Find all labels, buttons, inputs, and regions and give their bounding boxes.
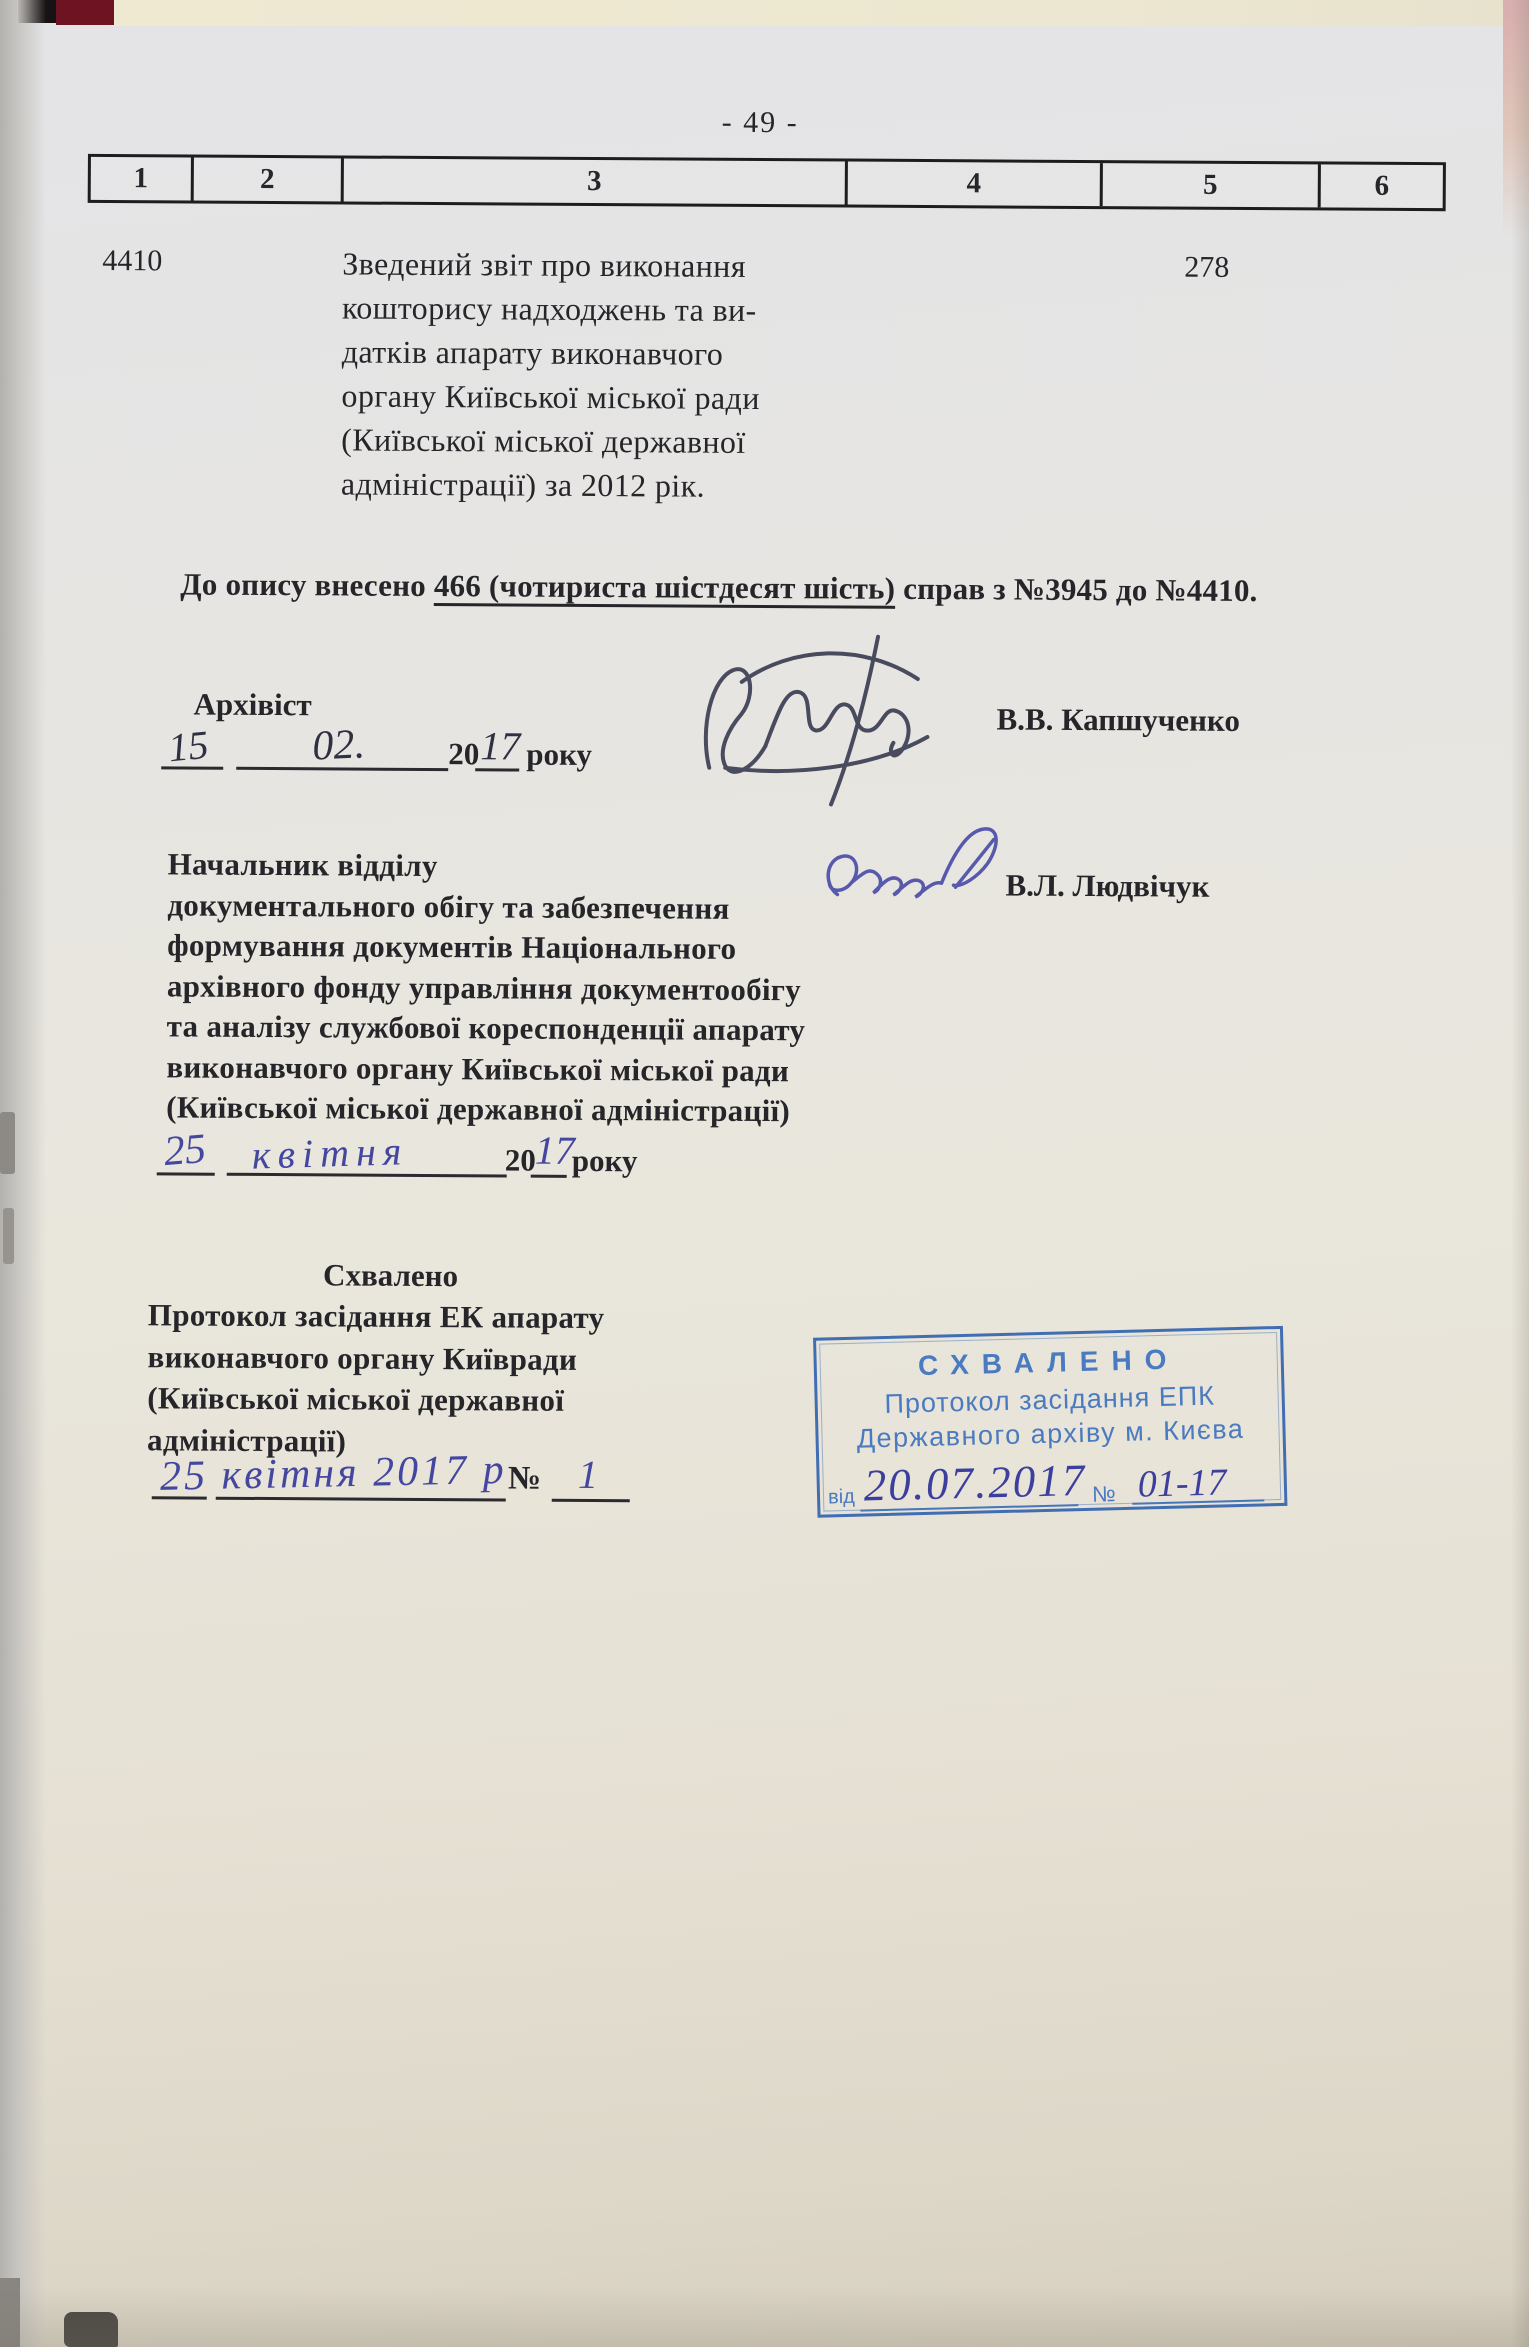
head-day-handwritten: 25 — [162, 1125, 208, 1176]
entry-description: Зведений звіт про виконання кошторису на… — [341, 241, 843, 508]
entry-id: 4410 — [102, 244, 162, 278]
archivist-day-handwritten: 15 — [166, 721, 210, 772]
approval-text: Протокол засідання ЕК апарату виконавчог… — [147, 1294, 708, 1463]
head-year-handwritten: 17 — [535, 1127, 575, 1174]
header-cell-2: 2 — [191, 158, 341, 202]
department-head-name: В.Л. Людвічук — [1005, 868, 1209, 905]
archivist-name: В.В. Капшученко — [996, 701, 1240, 738]
approval-number-sign: № — [508, 1460, 541, 1497]
fill-line — [552, 1499, 630, 1502]
scanned-archive-page: - 49 - 1 2 3 4 5 6 4410 Зведений звіт пр… — [0, 0, 1529, 2347]
header-cell-5: 5 — [1100, 163, 1318, 207]
approval-heading: Схвалено — [323, 1257, 458, 1294]
head-year-word: року — [572, 1143, 638, 1179]
approval-date-handwritten: 25 квітня 2017 р — [159, 1446, 507, 1501]
summary-suffix: справ з №3945 до №4410. — [895, 571, 1258, 608]
summary-count-underlined: 466 (чотириста шістдесят шість) — [434, 568, 896, 606]
stamp-number-sign: № — [1092, 1481, 1133, 1508]
page-number: - 49 - — [660, 105, 860, 140]
archivist-year-prefix: 20 — [448, 736, 479, 772]
approval-stamp: СХВАЛЕНО Протокол засідання ЕПК Державно… — [813, 1326, 1287, 1518]
header-cell-1: 1 — [91, 157, 191, 201]
document-content: - 49 - 1 2 3 4 5 6 4410 Зведений звіт пр… — [0, 0, 1529, 2347]
stamp-number-value: 01-17 — [1137, 1460, 1227, 1506]
stamp-date-handwritten: 20.07.2017 — [863, 1454, 1087, 1512]
header-cell-4: 4 — [845, 162, 1100, 207]
table-header: 1 2 3 4 5 6 — [88, 154, 1446, 211]
archivist-year-word: року — [526, 737, 592, 773]
archivist-title: Архівіст — [193, 687, 311, 724]
entry-page-count: 278 — [1184, 251, 1229, 285]
header-cell-3: 3 — [341, 158, 845, 204]
fill-line — [531, 1175, 567, 1178]
approval-number-value: 1 — [578, 1451, 598, 1498]
header-cell-6: 6 — [1318, 164, 1443, 208]
archivist-signature — [681, 618, 952, 820]
head-year-prefix: 20 — [505, 1142, 536, 1178]
summary-prefix: До опису внесено — [180, 566, 434, 603]
archivist-month-handwritten: 02. — [311, 720, 366, 770]
stamp-title: СХВАЛЕНО — [816, 1341, 1281, 1385]
head-month-handwritten: квітня — [251, 1127, 409, 1178]
summary-line: До опису внесено 466 (чотириста шістдеся… — [180, 566, 1460, 610]
archivist-year-handwritten: 17 — [480, 722, 520, 769]
